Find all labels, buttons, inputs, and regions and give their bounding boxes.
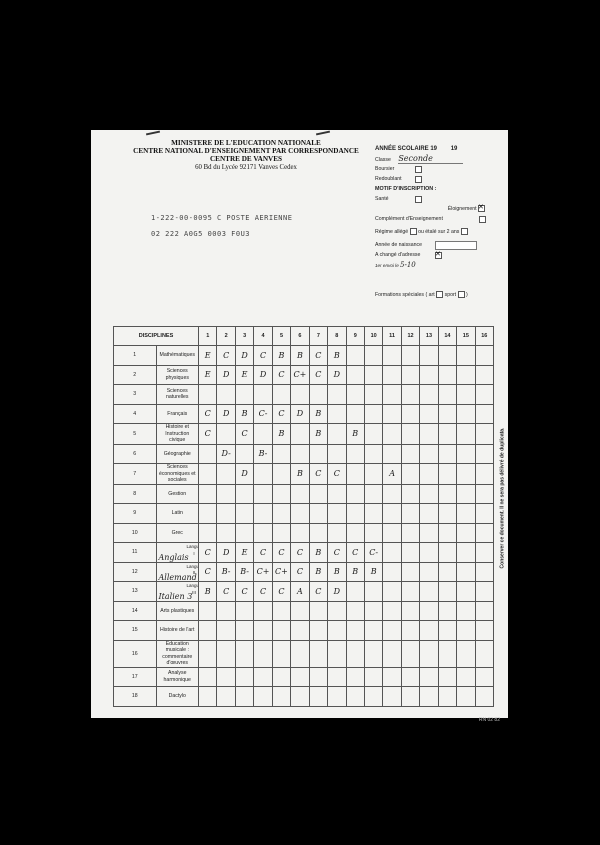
- grade-cell[interactable]: D-: [217, 444, 235, 464]
- grade-cell[interactable]: [438, 464, 456, 485]
- grade-cell[interactable]: [328, 484, 346, 504]
- grade-cell[interactable]: [235, 667, 253, 687]
- changed-address-checkbox[interactable]: [435, 252, 442, 259]
- grade-cell[interactable]: [217, 667, 235, 687]
- grade-cell[interactable]: C: [254, 543, 272, 563]
- grade-cell[interactable]: [457, 385, 475, 405]
- grade-cell[interactable]: [438, 484, 456, 504]
- grade-cell[interactable]: [291, 523, 309, 543]
- grade-cell[interactable]: [291, 424, 309, 445]
- grade-cell[interactable]: [420, 346, 438, 366]
- grade-cell[interactable]: [272, 667, 290, 687]
- grade-cell[interactable]: [438, 621, 456, 641]
- grade-cell[interactable]: [438, 562, 456, 582]
- grade-cell[interactable]: [420, 640, 438, 667]
- grade-cell[interactable]: [383, 582, 401, 602]
- grade-cell[interactable]: [401, 667, 419, 687]
- grade-cell[interactable]: [364, 640, 382, 667]
- grade-cell[interactable]: [328, 640, 346, 667]
- grade-cell[interactable]: [401, 346, 419, 366]
- grade-cell[interactable]: [254, 484, 272, 504]
- grade-cell[interactable]: B: [328, 346, 346, 366]
- grade-cell[interactable]: [475, 484, 493, 504]
- grade-cell[interactable]: [383, 424, 401, 445]
- grade-cell[interactable]: [364, 601, 382, 621]
- grade-cell[interactable]: [420, 444, 438, 464]
- grade-cell[interactable]: [291, 385, 309, 405]
- grade-cell[interactable]: [254, 424, 272, 445]
- grade-cell[interactable]: [272, 444, 290, 464]
- grade-cell[interactable]: [364, 365, 382, 385]
- grade-cell[interactable]: B-: [254, 444, 272, 464]
- grade-cell[interactable]: [254, 640, 272, 667]
- grade-cell[interactable]: C: [272, 404, 290, 424]
- grade-cell[interactable]: [457, 640, 475, 667]
- grade-cell[interactable]: [328, 687, 346, 707]
- grade-cell[interactable]: D: [328, 365, 346, 385]
- grade-cell[interactable]: B: [346, 562, 364, 582]
- grade-cell[interactable]: B: [364, 562, 382, 582]
- grade-cell[interactable]: D: [328, 582, 346, 602]
- grade-cell[interactable]: [420, 365, 438, 385]
- grade-cell[interactable]: [254, 464, 272, 485]
- grade-cell[interactable]: B: [272, 424, 290, 445]
- grade-cell[interactable]: B: [235, 404, 253, 424]
- grade-cell[interactable]: B-: [217, 562, 235, 582]
- birth-year-field[interactable]: [435, 241, 477, 250]
- grade-cell[interactable]: C: [254, 582, 272, 602]
- grade-cell[interactable]: [475, 687, 493, 707]
- grade-cell[interactable]: [328, 523, 346, 543]
- grade-cell[interactable]: [383, 385, 401, 405]
- grade-cell[interactable]: [420, 523, 438, 543]
- grade-cell[interactable]: [420, 484, 438, 504]
- grade-cell[interactable]: [457, 523, 475, 543]
- grade-cell[interactable]: [420, 582, 438, 602]
- grade-cell[interactable]: [309, 385, 327, 405]
- grade-cell[interactable]: [291, 601, 309, 621]
- grade-cell[interactable]: B: [272, 346, 290, 366]
- grade-cell[interactable]: [217, 504, 235, 524]
- grade-cell[interactable]: [383, 365, 401, 385]
- grade-cell[interactable]: [401, 484, 419, 504]
- grade-cell[interactable]: C: [199, 562, 217, 582]
- grade-cell[interactable]: [291, 504, 309, 524]
- grade-cell[interactable]: [383, 687, 401, 707]
- grade-cell[interactable]: [438, 424, 456, 445]
- grade-cell[interactable]: [217, 385, 235, 405]
- grade-cell[interactable]: [475, 365, 493, 385]
- grade-cell[interactable]: [457, 543, 475, 563]
- grade-cell[interactable]: [217, 424, 235, 445]
- grade-cell[interactable]: [420, 424, 438, 445]
- grade-cell[interactable]: B: [346, 424, 364, 445]
- grade-cell[interactable]: [438, 667, 456, 687]
- grade-cell[interactable]: [457, 687, 475, 707]
- grade-cell[interactable]: C: [272, 543, 290, 563]
- grade-cell[interactable]: C: [199, 404, 217, 424]
- grade-cell[interactable]: [420, 687, 438, 707]
- grade-cell[interactable]: [328, 385, 346, 405]
- grade-cell[interactable]: [438, 444, 456, 464]
- grade-cell[interactable]: [199, 601, 217, 621]
- grade-cell[interactable]: [383, 562, 401, 582]
- grade-cell[interactable]: [364, 424, 382, 445]
- grade-cell[interactable]: [438, 523, 456, 543]
- grade-cell[interactable]: [401, 365, 419, 385]
- regime-allege-checkbox[interactable]: [410, 228, 417, 235]
- grade-cell[interactable]: [272, 523, 290, 543]
- grade-cell[interactable]: C: [309, 464, 327, 485]
- redoublant-checkbox[interactable]: [415, 176, 422, 183]
- grade-cell[interactable]: [438, 601, 456, 621]
- grade-cell[interactable]: [383, 346, 401, 366]
- grade-cell[interactable]: E: [235, 543, 253, 563]
- grade-cell[interactable]: [364, 687, 382, 707]
- grade-cell[interactable]: [217, 484, 235, 504]
- grade-cell[interactable]: [475, 562, 493, 582]
- grade-cell[interactable]: [254, 523, 272, 543]
- grade-cell[interactable]: [272, 385, 290, 405]
- grade-cell[interactable]: C: [272, 365, 290, 385]
- grade-cell[interactable]: [475, 523, 493, 543]
- grade-cell[interactable]: [457, 365, 475, 385]
- grade-cell[interactable]: [475, 504, 493, 524]
- grade-cell[interactable]: [199, 667, 217, 687]
- grade-cell[interactable]: [475, 667, 493, 687]
- eloignement-checkbox[interactable]: [478, 205, 485, 212]
- grade-cell[interactable]: [364, 667, 382, 687]
- grade-cell[interactable]: [383, 601, 401, 621]
- grade-cell[interactable]: [235, 523, 253, 543]
- grade-cell[interactable]: [199, 504, 217, 524]
- grade-cell[interactable]: [254, 687, 272, 707]
- grade-cell[interactable]: C: [254, 346, 272, 366]
- grade-cell[interactable]: [272, 601, 290, 621]
- grade-cell[interactable]: [475, 640, 493, 667]
- grade-cell[interactable]: [199, 523, 217, 543]
- complement-checkbox[interactable]: [479, 216, 486, 223]
- grade-cell[interactable]: [309, 444, 327, 464]
- grade-cell[interactable]: [438, 385, 456, 405]
- grade-cell[interactable]: [291, 444, 309, 464]
- grade-cell[interactable]: [438, 640, 456, 667]
- grade-cell[interactable]: [457, 444, 475, 464]
- grade-cell[interactable]: [475, 582, 493, 602]
- grade-cell[interactable]: [401, 562, 419, 582]
- grade-cell[interactable]: [346, 640, 364, 667]
- art-checkbox[interactable]: [436, 291, 443, 298]
- grade-cell[interactable]: D: [217, 543, 235, 563]
- etale-checkbox[interactable]: [461, 228, 468, 235]
- grade-cell[interactable]: A: [291, 582, 309, 602]
- grade-cell[interactable]: [346, 385, 364, 405]
- grade-cell[interactable]: C: [217, 582, 235, 602]
- grade-cell[interactable]: [346, 404, 364, 424]
- grade-cell[interactable]: B: [309, 543, 327, 563]
- grade-cell[interactable]: [217, 523, 235, 543]
- grade-cell[interactable]: B: [199, 582, 217, 602]
- grade-cell[interactable]: [328, 404, 346, 424]
- grade-cell[interactable]: [383, 621, 401, 641]
- grade-cell[interactable]: [383, 444, 401, 464]
- grade-cell[interactable]: [457, 424, 475, 445]
- grade-cell[interactable]: [217, 640, 235, 667]
- grade-cell[interactable]: [457, 504, 475, 524]
- grade-cell[interactable]: C: [309, 582, 327, 602]
- grade-cell[interactable]: [383, 543, 401, 563]
- grade-cell[interactable]: C+: [272, 562, 290, 582]
- grade-cell[interactable]: [346, 687, 364, 707]
- grade-cell[interactable]: B: [309, 562, 327, 582]
- grade-cell[interactable]: [346, 523, 364, 543]
- grade-cell[interactable]: C+: [291, 365, 309, 385]
- grade-cell[interactable]: C-: [254, 404, 272, 424]
- grade-cell[interactable]: [438, 404, 456, 424]
- grade-cell[interactable]: [475, 385, 493, 405]
- grade-cell[interactable]: [217, 601, 235, 621]
- grade-cell[interactable]: [475, 543, 493, 563]
- grade-cell[interactable]: [328, 424, 346, 445]
- grade-cell[interactable]: [401, 464, 419, 485]
- grade-cell[interactable]: B: [291, 464, 309, 485]
- grade-cell[interactable]: [475, 464, 493, 485]
- grade-cell[interactable]: [383, 667, 401, 687]
- grade-cell[interactable]: [457, 601, 475, 621]
- grade-cell[interactable]: [346, 464, 364, 485]
- grade-cell[interactable]: [475, 444, 493, 464]
- grade-cell[interactable]: [272, 464, 290, 485]
- grade-cell[interactable]: [438, 346, 456, 366]
- grade-cell[interactable]: [309, 687, 327, 707]
- grade-cell[interactable]: [420, 667, 438, 687]
- grade-cell[interactable]: [217, 464, 235, 485]
- boursier-checkbox[interactable]: [415, 166, 422, 173]
- grade-cell[interactable]: [291, 484, 309, 504]
- grade-cell[interactable]: C: [199, 543, 217, 563]
- grade-cell[interactable]: C: [217, 346, 235, 366]
- grade-cell[interactable]: [254, 601, 272, 621]
- grade-cell[interactable]: [364, 346, 382, 366]
- grade-cell[interactable]: [364, 484, 382, 504]
- grade-cell[interactable]: C: [199, 424, 217, 445]
- grade-cell[interactable]: [309, 601, 327, 621]
- grade-cell[interactable]: [199, 640, 217, 667]
- grade-cell[interactable]: [438, 582, 456, 602]
- grade-cell[interactable]: [401, 404, 419, 424]
- grade-cell[interactable]: [346, 667, 364, 687]
- grade-cell[interactable]: C: [328, 464, 346, 485]
- grade-cell[interactable]: C: [291, 562, 309, 582]
- grade-cell[interactable]: [235, 601, 253, 621]
- grade-cell[interactable]: D: [235, 464, 253, 485]
- grade-cell[interactable]: [291, 640, 309, 667]
- grade-cell[interactable]: [383, 523, 401, 543]
- grade-cell[interactable]: C: [291, 543, 309, 563]
- grade-cell[interactable]: [309, 484, 327, 504]
- grade-cell[interactable]: [235, 385, 253, 405]
- grade-cell[interactable]: C: [235, 424, 253, 445]
- grade-cell[interactable]: [272, 687, 290, 707]
- grade-cell[interactable]: [475, 621, 493, 641]
- grade-cell[interactable]: [438, 687, 456, 707]
- grade-cell[interactable]: [199, 444, 217, 464]
- grade-cell[interactable]: [420, 562, 438, 582]
- grade-cell[interactable]: [457, 484, 475, 504]
- grade-cell[interactable]: B: [291, 346, 309, 366]
- grade-cell[interactable]: C: [272, 582, 290, 602]
- grade-cell[interactable]: [364, 404, 382, 424]
- grade-cell[interactable]: [199, 687, 217, 707]
- grade-cell[interactable]: [364, 504, 382, 524]
- grade-cell[interactable]: [254, 504, 272, 524]
- grade-cell[interactable]: [457, 667, 475, 687]
- grade-cell[interactable]: [401, 601, 419, 621]
- grade-cell[interactable]: [401, 424, 419, 445]
- grade-cell[interactable]: D: [217, 404, 235, 424]
- grade-cell[interactable]: [346, 582, 364, 602]
- grade-cell[interactable]: [272, 640, 290, 667]
- grade-cell[interactable]: [328, 667, 346, 687]
- grade-cell[interactable]: [254, 385, 272, 405]
- grade-cell[interactable]: B: [309, 404, 327, 424]
- grade-cell[interactable]: [364, 582, 382, 602]
- grade-cell[interactable]: [217, 621, 235, 641]
- grade-cell[interactable]: [457, 562, 475, 582]
- grade-cell[interactable]: [401, 385, 419, 405]
- grade-cell[interactable]: [401, 621, 419, 641]
- grade-cell[interactable]: [309, 667, 327, 687]
- grade-cell[interactable]: [309, 640, 327, 667]
- grade-cell[interactable]: C-: [364, 543, 382, 563]
- grade-cell[interactable]: [346, 621, 364, 641]
- grade-cell[interactable]: [420, 601, 438, 621]
- grade-cell[interactable]: C: [309, 365, 327, 385]
- grade-cell[interactable]: [199, 464, 217, 485]
- grade-cell[interactable]: [457, 621, 475, 641]
- grade-cell[interactable]: [383, 404, 401, 424]
- grade-cell[interactable]: [346, 346, 364, 366]
- grade-cell[interactable]: [199, 621, 217, 641]
- grade-cell[interactable]: [291, 667, 309, 687]
- grade-cell[interactable]: D: [235, 346, 253, 366]
- grade-cell[interactable]: [328, 621, 346, 641]
- grade-cell[interactable]: [235, 640, 253, 667]
- grade-cell[interactable]: [457, 404, 475, 424]
- grade-cell[interactable]: [328, 504, 346, 524]
- grade-cell[interactable]: [383, 504, 401, 524]
- grade-cell[interactable]: [235, 687, 253, 707]
- grade-cell[interactable]: [235, 504, 253, 524]
- grade-cell[interactable]: [420, 385, 438, 405]
- grade-cell[interactable]: [401, 444, 419, 464]
- grade-cell[interactable]: D: [217, 365, 235, 385]
- grade-cell[interactable]: D: [254, 365, 272, 385]
- sante-checkbox[interactable]: [415, 196, 422, 203]
- grade-cell[interactable]: C: [346, 543, 364, 563]
- grade-cell[interactable]: C: [328, 543, 346, 563]
- grade-cell[interactable]: [199, 385, 217, 405]
- grade-cell[interactable]: [328, 444, 346, 464]
- grade-cell[interactable]: [235, 621, 253, 641]
- grade-cell[interactable]: [364, 621, 382, 641]
- grade-cell[interactable]: C: [309, 346, 327, 366]
- grade-cell[interactable]: B-: [235, 562, 253, 582]
- grade-cell[interactable]: [401, 523, 419, 543]
- grade-cell[interactable]: [364, 444, 382, 464]
- grade-cell[interactable]: E: [199, 346, 217, 366]
- grade-cell[interactable]: [291, 687, 309, 707]
- grade-cell[interactable]: [272, 621, 290, 641]
- grade-cell[interactable]: [420, 464, 438, 485]
- grade-cell[interactable]: [438, 504, 456, 524]
- grade-cell[interactable]: C: [235, 582, 253, 602]
- grade-cell[interactable]: [272, 484, 290, 504]
- grade-cell[interactable]: B: [309, 424, 327, 445]
- grade-cell[interactable]: [401, 640, 419, 667]
- grade-cell[interactable]: E: [199, 365, 217, 385]
- grade-cell[interactable]: [475, 346, 493, 366]
- grade-cell[interactable]: [438, 365, 456, 385]
- grade-cell[interactable]: [254, 667, 272, 687]
- grade-cell[interactable]: [364, 523, 382, 543]
- classe-value[interactable]: Seconde: [398, 154, 463, 164]
- grade-cell[interactable]: [291, 621, 309, 641]
- grade-cell[interactable]: [346, 365, 364, 385]
- grade-cell[interactable]: [235, 444, 253, 464]
- grade-cell[interactable]: B: [328, 562, 346, 582]
- grade-cell[interactable]: [420, 504, 438, 524]
- grade-cell[interactable]: [217, 687, 235, 707]
- grade-cell[interactable]: [383, 484, 401, 504]
- grade-cell[interactable]: [475, 601, 493, 621]
- grade-cell[interactable]: E: [235, 365, 253, 385]
- grade-cell[interactable]: [346, 444, 364, 464]
- grade-cell[interactable]: [309, 523, 327, 543]
- grade-cell[interactable]: [309, 621, 327, 641]
- grade-cell[interactable]: [420, 621, 438, 641]
- grade-cell[interactable]: D: [291, 404, 309, 424]
- grade-cell[interactable]: [401, 687, 419, 707]
- grade-cell[interactable]: [309, 504, 327, 524]
- grade-cell[interactable]: [254, 621, 272, 641]
- grade-cell[interactable]: [199, 484, 217, 504]
- grade-cell[interactable]: [475, 424, 493, 445]
- grade-cell[interactable]: [401, 582, 419, 602]
- grade-cell[interactable]: [346, 504, 364, 524]
- grade-cell[interactable]: [457, 464, 475, 485]
- sport-checkbox[interactable]: [458, 291, 465, 298]
- grade-cell[interactable]: [401, 504, 419, 524]
- grade-cell[interactable]: [438, 543, 456, 563]
- grade-cell[interactable]: [328, 601, 346, 621]
- grade-cell[interactable]: [346, 601, 364, 621]
- grade-cell[interactable]: [272, 504, 290, 524]
- grade-cell[interactable]: A: [383, 464, 401, 485]
- grade-cell[interactable]: C+: [254, 562, 272, 582]
- grade-cell[interactable]: [235, 484, 253, 504]
- grade-cell[interactable]: [420, 404, 438, 424]
- grade-cell[interactable]: [401, 543, 419, 563]
- grade-cell[interactable]: [457, 582, 475, 602]
- grade-cell[interactable]: [457, 346, 475, 366]
- grade-cell[interactable]: [475, 404, 493, 424]
- grade-cell[interactable]: [364, 385, 382, 405]
- grade-cell[interactable]: [346, 484, 364, 504]
- grade-cell[interactable]: [383, 640, 401, 667]
- grade-cell[interactable]: [420, 543, 438, 563]
- grade-cell[interactable]: [364, 464, 382, 485]
